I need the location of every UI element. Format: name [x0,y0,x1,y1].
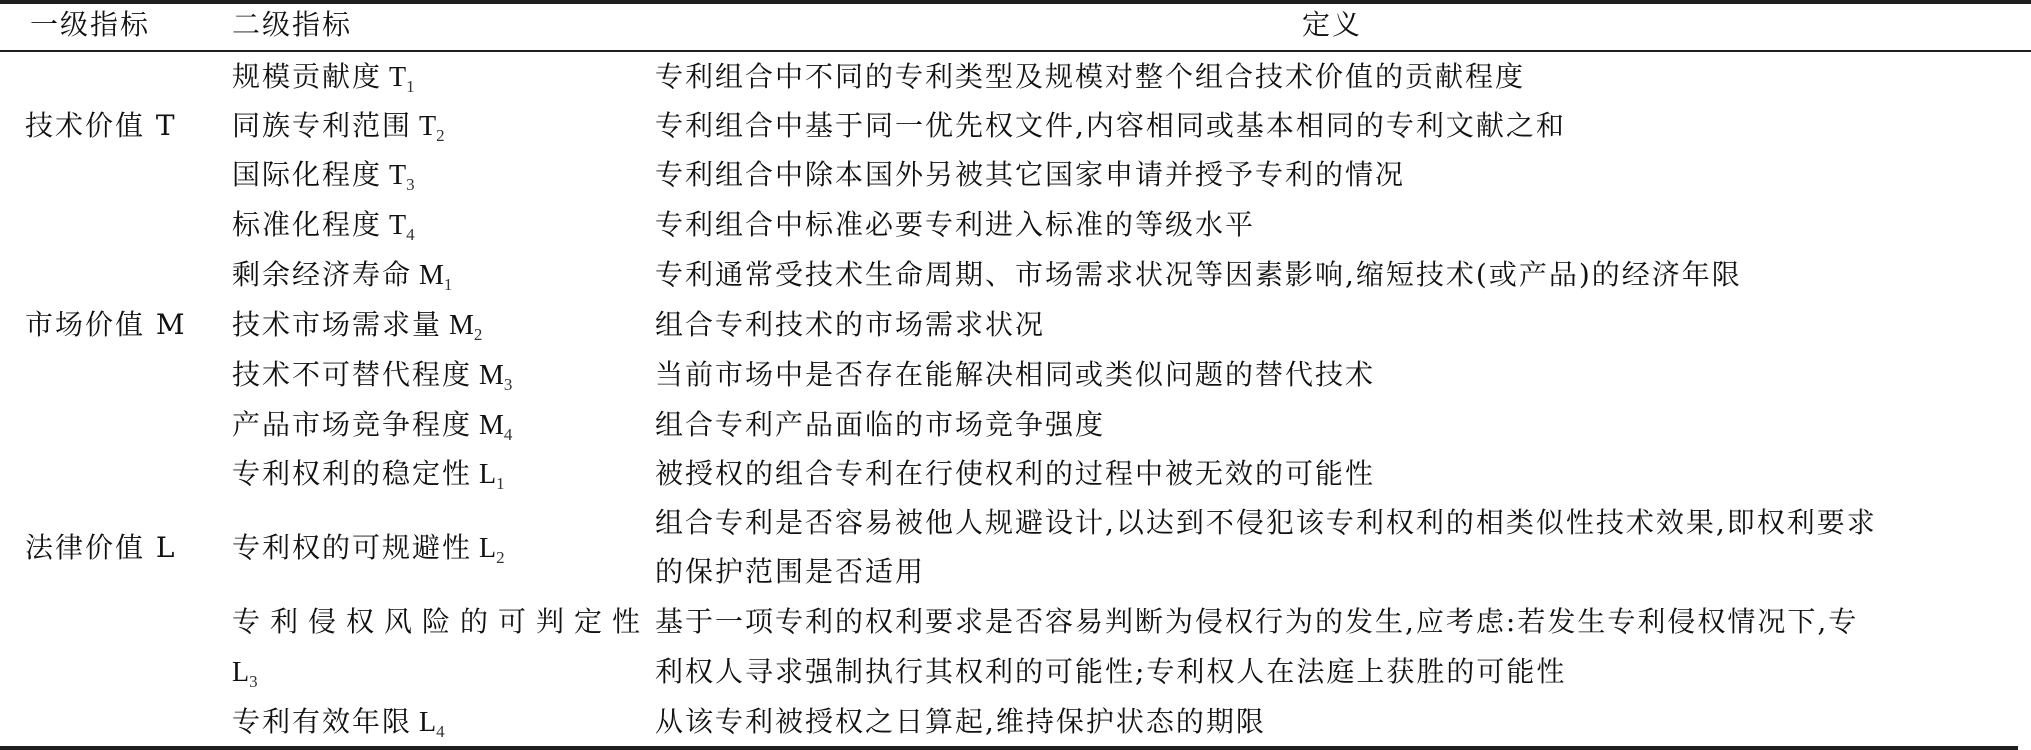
row-definition: 从该专利被授权之日算起,维持保护状态的期限 [655,697,1266,747]
indicator-code: M4 [472,410,512,441]
code-letter: M [449,310,474,341]
row-definition: 专利组合中标准必要专利进入标准的等级水平 [655,200,1255,250]
row-definition: 专利组合中基于同一优先权文件,内容相同或基本相同的专利文献之和 [655,101,1566,151]
row-indicator-name: 标准化程度 T4 [232,200,415,250]
code-letter: M [479,410,504,441]
row-indicator-name: 规模贡献度 T1 [232,52,415,102]
row-definition: 专利组合中除本国外另被其它国家申请并授予专利的情况 [655,150,1405,200]
row-indicator-name: 剩余经济寿命 M1 [232,250,452,300]
code-subscript: 1 [406,77,415,96]
code-letter: L [419,707,436,738]
indicator-code: L1 [472,459,505,490]
code-letter: L [232,657,249,688]
indicator-label: 专利权利的稳定性 [232,457,472,490]
indicator-label: 专利侵权风险的可判定性 [232,605,650,638]
row-definition: 专利组合中不同的专利类型及规模对整个组合技术价值的贡献程度 [655,52,1525,102]
row-indicator-name: 专利有效年限 L4 [232,697,445,747]
code-subscript: 3 [406,175,415,194]
code-subscript: 4 [504,425,513,444]
row-definition: 专利通常受技术生命周期、市场需求状况等因素影响,缩短技术(或产品)的经济年限 [655,250,1742,300]
row-indicator-name: 专利权利的稳定性 L1 [232,449,505,499]
indicator-label: 规模贡献度 [232,60,382,93]
code-letter: M [479,360,504,391]
indicator-label: 标准化程度 [232,208,382,241]
row-definition: 组合专利产品面临的市场竞争强度 [655,400,1105,450]
group-technical: 技术价值 T [25,101,177,151]
indicator-label: 专利有效年限 [232,705,412,738]
header-level1: 一级指标 [30,0,150,50]
code-subscript: 2 [496,548,505,567]
indicator-code: M2 [442,310,482,341]
code-subscript: 2 [474,325,483,344]
header-level2: 二级指标 [232,0,352,50]
code-subscript: 1 [496,474,505,493]
row-indicator-name: 技术不可替代程度 M3 [232,350,512,400]
indicator-code: T1 [382,62,415,93]
indicator-label: 技术不可替代程度 [232,358,472,391]
row-indicator-name: 产品市场竞争程度 M4 [232,400,512,450]
indicator-code: L2 [472,533,505,564]
row-indicator-name: 专利侵权风险的可判定性 [232,597,650,647]
header-definition: 定义 [1302,0,1362,50]
code-letter: M [419,260,444,291]
code-subscript: 1 [444,275,453,294]
code-subscript: 3 [249,672,258,691]
code-subscript: 4 [406,225,415,244]
row-definition: 当前市场中是否存在能解决相同或类似问题的替代技术 [655,350,1375,400]
group-market: 市场价值 M [25,300,187,350]
indicator-label: 产品市场竞争程度 [232,408,472,441]
row-indicator-name: 同族专利范围 T2 [232,101,445,151]
code-letter: T [419,111,436,142]
indicator-label: 技术市场需求量 [232,308,442,341]
indicator-label: 同族专利范围 [232,109,412,142]
row-definition: 的保护范围是否适用 [655,547,925,597]
indicator-code: T3 [382,160,415,191]
code-letter: L [479,533,496,564]
indicator-code: L3 [232,657,258,688]
indicator-label: 国际化程度 [232,158,382,191]
code-subscript: 2 [436,126,445,145]
indicator-code: L4 [412,707,445,738]
code-letter: T [389,210,406,241]
group-legal: 法律价值 L [25,523,177,573]
row-indicator-name: 国际化程度 T3 [232,150,415,200]
table-bottom-rule [0,746,2018,750]
indicator-label: 剩余经济寿命 [232,258,412,291]
row-indicator-name: 专利权的可规避性 L2 [232,523,505,573]
code-letter: T [389,62,406,93]
code-letter: L [479,459,496,490]
indicator-code: T4 [382,210,415,241]
row-definition: 基于一项专利的权利要求是否容易判断为侵权行为的发生,应考虑:若发生专利侵权情况下… [655,597,1858,647]
row-definition: 利权人寻求强制执行其权利的可能性;专利权人在法庭上获胜的可能性 [655,647,1566,697]
code-letter: T [389,160,406,191]
row-definition: 组合专利是否容易被他人规避设计,以达到不侵犯该专利权利的相类似性技术效果,即权利… [655,498,1877,548]
indicator-code: T2 [412,111,445,142]
row-definition: 组合专利技术的市场需求状况 [655,300,1045,350]
row-indicator-code-wrap: L3 [232,647,258,697]
indicator-label: 专利权的可规避性 [232,531,472,564]
code-subscript: 4 [436,722,445,741]
indicator-code: M3 [472,360,512,391]
indicator-code: M1 [412,260,452,291]
code-subscript: 3 [504,375,513,394]
row-definition: 被授权的组合专利在行使权利的过程中被无效的可能性 [655,449,1375,499]
row-indicator-name: 技术市场需求量 M2 [232,300,482,350]
